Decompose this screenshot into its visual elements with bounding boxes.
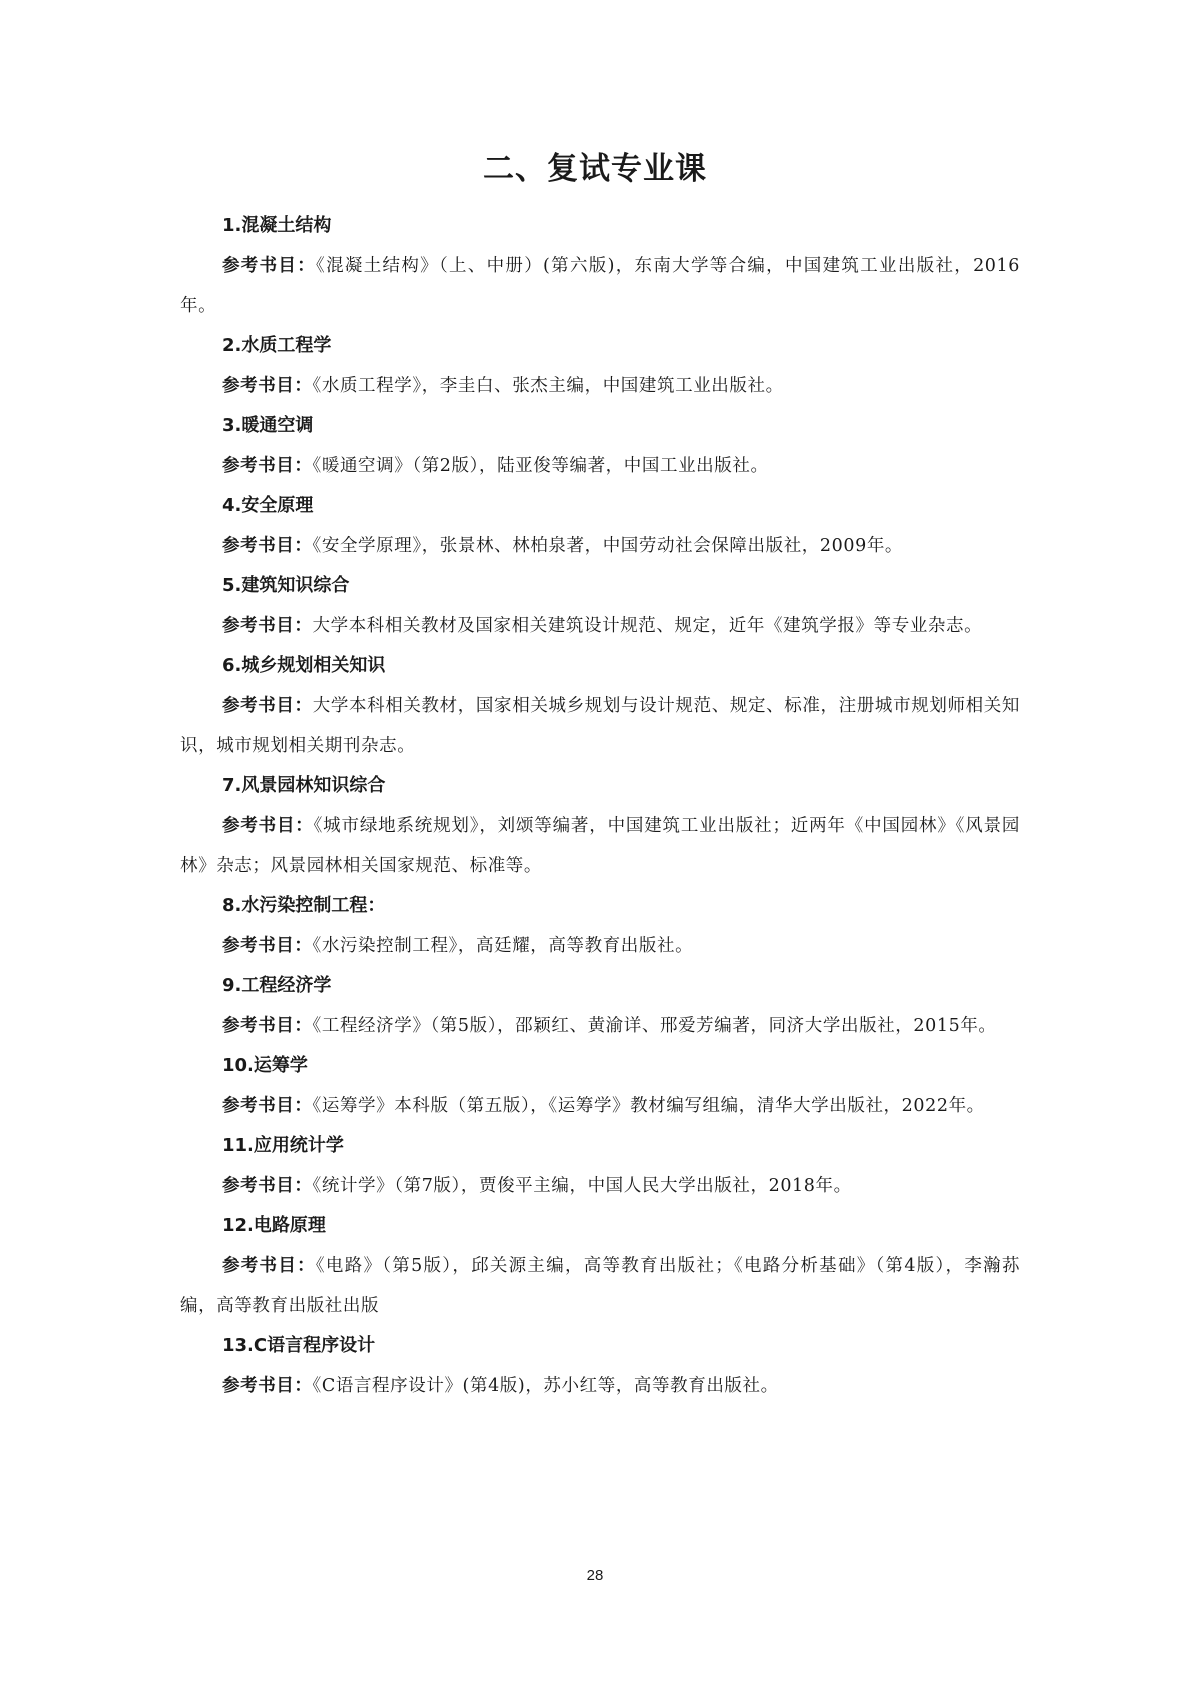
course-heading: 10.运筹学 (180, 1046, 1020, 1086)
course-heading: 5.建筑知识综合 (180, 566, 1020, 606)
page-title: 二、复试专业课 (0, 143, 1190, 188)
reference-paragraph: 参考书目：《城市绿地系统规划》，刘颂等编著，中国建筑工业出版社；近两年《中国园林… (180, 806, 1020, 886)
course-item: 4.安全原理 参考书目：《安全学原理》，张景林、林柏泉著，中国劳动社会保障出版社… (180, 486, 1020, 566)
course-item: 3.暖通空调 参考书目：《暖通空调》（第2版），陆亚俊等编著，中国工业出版社。 (180, 406, 1020, 486)
reference-text: 大学本科相关教材及国家相关建筑设计规范、规定，近年《建筑学报》等专业杂志。 (313, 616, 983, 636)
course-heading: 6.城乡规划相关知识 (180, 646, 1020, 686)
reference-label: 参考书目： (222, 1256, 316, 1276)
reference-paragraph: 参考书目：大学本科相关教材及国家相关建筑设计规范、规定，近年《建筑学报》等专业杂… (180, 606, 1020, 646)
reference-label: 参考书目： (222, 1096, 313, 1116)
course-item: 5.建筑知识综合 参考书目：大学本科相关教材及国家相关建筑设计规范、规定，近年《… (180, 566, 1020, 646)
course-item: 11.应用统计学 参考书目：《统计学》（第7版），贾俊平主编，中国人民大学出版社… (180, 1126, 1020, 1206)
course-heading: 11.应用统计学 (180, 1126, 1020, 1166)
reference-paragraph: 参考书目：《安全学原理》，张景林、林柏泉著，中国劳动社会保障出版社，2009年。 (180, 526, 1020, 566)
course-item: 9.工程经济学 参考书目：《工程经济学》（第5版），邵颖红、黄渝详、邢爱芳编著，… (180, 966, 1020, 1046)
course-heading: 4.安全原理 (180, 486, 1020, 526)
course-item: 8.水污染控制工程： 参考书目：《水污染控制工程》，高廷耀，高等教育出版社。 (180, 886, 1020, 966)
course-item: 12.电路原理 参考书目：《电路》（第5版），邱关源主编，高等教育出版社；《电路… (180, 1206, 1020, 1326)
reference-paragraph: 参考书目：《暖通空调》（第2版），陆亚俊等编著，中国工业出版社。 (180, 446, 1020, 486)
course-heading: 2.水质工程学 (180, 326, 1020, 366)
course-heading: 1.混凝土结构 (180, 206, 1020, 246)
reference-label: 参考书目： (222, 696, 313, 716)
reference-text: 《水质工程学》，李圭白、张杰主编，中国建筑工业出版社。 (313, 376, 784, 396)
course-item: 13.C语言程序设计 参考书目：《C语言程序设计》(第4版)，苏小红等，高等教育… (180, 1326, 1020, 1406)
reference-paragraph: 参考书目：《水质工程学》，李圭白、张杰主编，中国建筑工业出版社。 (180, 366, 1020, 406)
reference-label: 参考书目： (222, 1176, 313, 1196)
reference-label: 参考书目： (222, 816, 314, 836)
reference-paragraph: 参考书目：大学本科相关教材，国家相关城乡规划与设计规范、规定、标准，注册城市规划… (180, 686, 1020, 766)
reference-text: 《暖通空调》（第2版），陆亚俊等编著，中国工业出版社。 (313, 456, 769, 476)
course-item: 2.水质工程学 参考书目：《水质工程学》，李圭白、张杰主编，中国建筑工业出版社。 (180, 326, 1020, 406)
reference-paragraph: 参考书目：《电路》（第5版），邱关源主编，高等教育出版社；《电路分析基础》（第4… (180, 1246, 1020, 1326)
reference-label: 参考书目： (222, 456, 313, 476)
course-heading: 8.水污染控制工程： (180, 886, 1020, 926)
reference-paragraph: 参考书目：《工程经济学》（第5版），邵颖红、黄渝详、邢爱芳编著，同济大学出版社，… (180, 1006, 1020, 1046)
course-item: 6.城乡规划相关知识 参考书目：大学本科相关教材，国家相关城乡规划与设计规范、规… (180, 646, 1020, 766)
reference-label: 参考书目： (222, 536, 313, 556)
course-item: 7.风景园林知识综合 参考书目：《城市绿地系统规划》，刘颂等编著，中国建筑工业出… (180, 766, 1020, 886)
reference-label: 参考书目： (222, 1376, 313, 1396)
reference-paragraph: 参考书目：《C语言程序设计》(第4版)，苏小红等，高等教育出版社。 (180, 1366, 1020, 1406)
reference-label: 参考书目： (222, 256, 316, 276)
course-heading: 9.工程经济学 (180, 966, 1020, 1006)
course-heading: 7.风景园林知识综合 (180, 766, 1020, 806)
reference-text: 《水污染控制工程》，高廷耀，高等教育出版社。 (313, 936, 694, 956)
course-heading: 13.C语言程序设计 (180, 1326, 1020, 1366)
course-list: 1.混凝土结构 参考书目：《混凝土结构》（上、中册）(第六版)，东南大学等合编，… (180, 206, 1020, 1406)
reference-label: 参考书目： (222, 1016, 313, 1036)
course-item: 10.运筹学 参考书目：《运筹学》本科版（第五版），《运筹学》教材编写组编，清华… (180, 1046, 1020, 1126)
page-number: 28 (0, 1567, 1190, 1584)
course-heading: 3.暖通空调 (180, 406, 1020, 446)
reference-text: 《安全学原理》，张景林、林柏泉著，中国劳动社会保障出版社，2009年。 (313, 536, 904, 556)
reference-label: 参考书目： (222, 376, 313, 396)
reference-text: 《工程经济学》（第5版），邵颖红、黄渝详、邢爱芳编著，同济大学出版社，2015年… (313, 1016, 997, 1036)
reference-text: 《C语言程序设计》(第4版)，苏小红等，高等教育出版社。 (313, 1376, 779, 1396)
reference-text: 《统计学》（第7版），贾俊平主编，中国人民大学出版社，2018年。 (313, 1176, 852, 1196)
reference-text: 《运筹学》本科版（第五版），《运筹学》教材编写组编，清华大学出版社，2022年。 (313, 1096, 985, 1116)
reference-paragraph: 参考书目：《运筹学》本科版（第五版），《运筹学》教材编写组编，清华大学出版社，2… (180, 1086, 1020, 1126)
reference-label: 参考书目： (222, 616, 313, 636)
course-item: 1.混凝土结构 参考书目：《混凝土结构》（上、中册）(第六版)，东南大学等合编，… (180, 206, 1020, 326)
reference-label: 参考书目： (222, 936, 313, 956)
reference-paragraph: 参考书目：《统计学》（第7版），贾俊平主编，中国人民大学出版社，2018年。 (180, 1166, 1020, 1206)
course-heading: 12.电路原理 (180, 1206, 1020, 1246)
reference-paragraph: 参考书目：《水污染控制工程》，高廷耀，高等教育出版社。 (180, 926, 1020, 966)
reference-paragraph: 参考书目：《混凝土结构》（上、中册）(第六版)，东南大学等合编，中国建筑工业出版… (180, 246, 1020, 326)
